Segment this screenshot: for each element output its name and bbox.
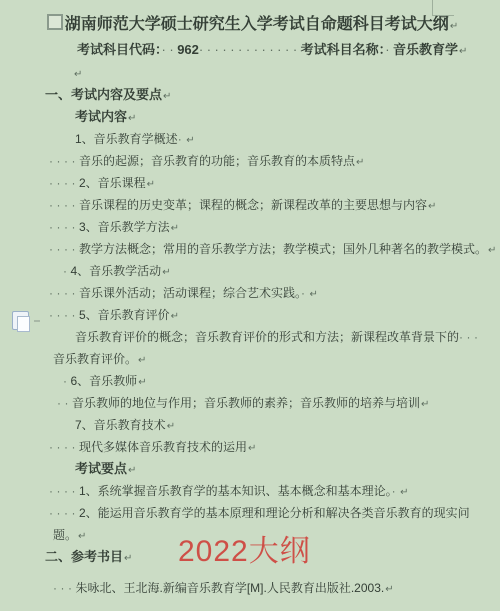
line-text: 1、音乐教育学概述 (75, 132, 178, 146)
space-dots: ·· (162, 42, 178, 57)
line-text: 题。 (53, 528, 77, 542)
return-mark-icon: ↵ (171, 311, 179, 322)
doc-title-text: 湖南师范大学硕士研究生入学考试自命题科目考试大纲 (65, 16, 449, 33)
return-mark-icon: ↵ (78, 531, 86, 542)
doc-line: ····5、音乐教育评价↵ (45, 304, 460, 326)
line-text: 二、参考书目 (45, 549, 123, 564)
return-mark-icon: ↵ (128, 465, 136, 476)
left-crop-mark-icon (100, 19, 108, 20)
doc-line: ··音乐教师的地位与作用；音乐教师的素养；音乐教师的培养与培训↵ (45, 392, 460, 414)
space-dots: · (385, 42, 393, 57)
return-mark-icon: ↵ (171, 223, 179, 234)
subject-name-value: 音乐教育学 (393, 42, 458, 57)
space-dots: ···· (49, 440, 79, 454)
space-dots: ···· (49, 484, 79, 498)
return-mark-icon: ↵ (248, 443, 256, 454)
missing-glyph-box-icon (47, 14, 63, 30)
line-text: 音乐教育评价。 (53, 352, 137, 366)
return-mark-icon: ↵ (167, 421, 175, 432)
doc-line: ····音乐课程的历史变革；课程的概念；新课程改革的主要思想与内容↵ (45, 194, 460, 216)
space-dots: ···· (49, 308, 79, 322)
doc-line: ···朱咏北、王北海.新编音乐教育学[M].人民教育出版社.2003.↵ (45, 577, 460, 599)
space-dots: ···· (49, 154, 79, 168)
doc-line: 1、音乐教育学概述·↵ (45, 128, 460, 150)
space-dots: ···· (49, 286, 79, 300)
return-mark-icon: ↵ (186, 135, 194, 146)
line-text: 2、能运用音乐教育学的基本原理和理论分析和解决各类音乐教育的现实问 (79, 506, 470, 520)
return-mark-icon: ↵ (450, 21, 458, 32)
space-dots: · (178, 132, 186, 146)
page-corner-crop-mark-icon (432, 0, 454, 16)
return-mark-icon: ↵ (310, 289, 318, 300)
return-mark-icon: ↵ (124, 553, 132, 564)
clipboard-icon (12, 311, 29, 330)
line-text: 音乐的起源；音乐教育的功能；音乐教育的本质特点 (79, 154, 355, 168)
line-text: 音乐教师的地位与作用；音乐教师的素养；音乐教师的培养与培训 (72, 396, 420, 410)
line-text: 7、音乐教育技术 (75, 418, 166, 432)
return-mark-icon: ↵ (428, 201, 436, 212)
doc-line: ·6、音乐教师↵ (45, 370, 460, 392)
watermark-2022: 2022大纲 (178, 537, 311, 567)
space-dots: ············· (199, 42, 301, 57)
doc-line: ····教学方法概念；常用的音乐教学方法；教学模式；国外几种著名的教学模式。↵ (45, 238, 460, 260)
line-text: 4、音乐教学活动 (71, 264, 162, 278)
return-mark-icon: ↵ (459, 46, 467, 57)
space-dots: · (63, 374, 71, 388)
line-text: 6、音乐教师 (71, 374, 138, 388)
doc-line: ····1、系统掌握音乐教育学的基本知识、基本概念和基本理论。·↵ (45, 480, 460, 502)
space-dots: ···· (49, 506, 79, 520)
space-dots: ·· (57, 396, 72, 410)
line-text: 3、音乐教学方法 (79, 220, 170, 234)
space-dots: · (63, 264, 71, 278)
doc-line: 7、音乐教育技术↵ (45, 414, 460, 436)
line-text: 音乐课外活动；活动课程；综合艺术实践。 (79, 286, 301, 300)
subject-code-line: 考试科目代码：··962·············考试科目名称：·音乐教育学↵ (45, 38, 460, 62)
space-dots: ··· (53, 581, 76, 595)
space-dots: · (392, 484, 400, 498)
space-dots: ···· (49, 176, 79, 190)
return-mark-icon: ↵ (138, 355, 146, 366)
return-mark-icon: ↵ (74, 69, 82, 80)
return-mark-icon: ↵ (488, 245, 496, 256)
space-dots: ···· (49, 242, 79, 256)
subject-code-value: 962 (177, 42, 199, 57)
line-text: 朱咏北、王北海.新编音乐教育学[M].人民教育出版社.2003. (76, 581, 385, 595)
return-mark-icon: ↵ (162, 267, 170, 278)
line-text: 2、音乐课程 (79, 176, 146, 190)
line-text: 音乐课程的历史变革；课程的概念；新课程改革的主要思想与内容 (79, 198, 427, 212)
doc-line: ····现代多媒体音乐教育技术的运用↵ (45, 436, 460, 458)
doc-title: 湖南师范大学硕士研究生入学考试自命题科目考试大纲↵ (45, 12, 460, 38)
space-dots: ··· (459, 330, 482, 344)
line-text: 1、系统掌握音乐教育学的基本知识、基本概念和基本理论。 (79, 484, 392, 498)
return-mark-icon: ↵ (400, 487, 408, 498)
subject-code-label: 考试科目代码： (77, 42, 162, 57)
return-mark-icon: ↵ (356, 157, 364, 168)
return-mark-icon: ↵ (138, 377, 146, 388)
line-text: 考试要点 (75, 461, 127, 476)
return-mark-icon: ↵ (128, 113, 136, 124)
doc-line: ·4、音乐教学活动↵ (45, 260, 460, 282)
doc-line: ····2、音乐课程↵ (45, 172, 460, 194)
doc-heading-exam-points: 考试要点↵ (45, 458, 460, 480)
line-text: 一、考试内容及要点 (45, 87, 162, 102)
line-text: 音乐教育评价的概念；音乐教育评价的形式和方法；新课程改革背景下的 (75, 330, 459, 344)
return-mark-icon: ↵ (385, 584, 393, 595)
line-text: 教学方法概念；常用的音乐教学方法；教学模式；国外几种著名的教学模式。 (79, 242, 487, 256)
doc-line: ····音乐的起源；音乐教育的功能；音乐教育的本质特点↵ (45, 150, 460, 172)
space-dots: · (301, 286, 309, 300)
return-mark-icon: ↵ (163, 91, 171, 102)
return-mark-icon: ↵ (147, 179, 155, 190)
line-text: 考试内容 (75, 109, 127, 124)
dropdown-dash-icon (34, 320, 40, 322)
doc-heading-section-1: 一、考试内容及要点↵ (45, 84, 460, 106)
doc-line: ····3、音乐教学方法↵ (45, 216, 460, 238)
space-dots: ···· (49, 220, 79, 234)
doc-line: ····2、能运用音乐教育学的基本原理和理论分析和解决各类音乐教育的现实问 (45, 502, 460, 524)
line-text: 5、音乐教育评价 (79, 308, 170, 322)
doc-line: 音乐教育评价。↵ (45, 348, 460, 370)
word-document-page: 湖南师范大学硕士研究生入学考试自命题科目考试大纲↵ 考试科目代码：··962··… (0, 0, 500, 611)
paste-options-button[interactable] (12, 311, 40, 330)
subject-name-label: 考试科目名称： (301, 42, 386, 57)
doc-line: 音乐教育评价的概念；音乐教育评价的形式和方法；新课程改革背景下的··· (45, 326, 460, 348)
doc-line-empty: ↵ (45, 62, 460, 84)
doc-line: ····音乐课外活动；活动课程；综合艺术实践。·↵ (45, 282, 460, 304)
return-mark-icon: ↵ (421, 399, 429, 410)
space-dots: ···· (49, 198, 79, 212)
doc-heading-exam-content: 考试内容↵ (45, 106, 460, 128)
line-text: 现代多媒体音乐教育技术的运用 (79, 440, 247, 454)
